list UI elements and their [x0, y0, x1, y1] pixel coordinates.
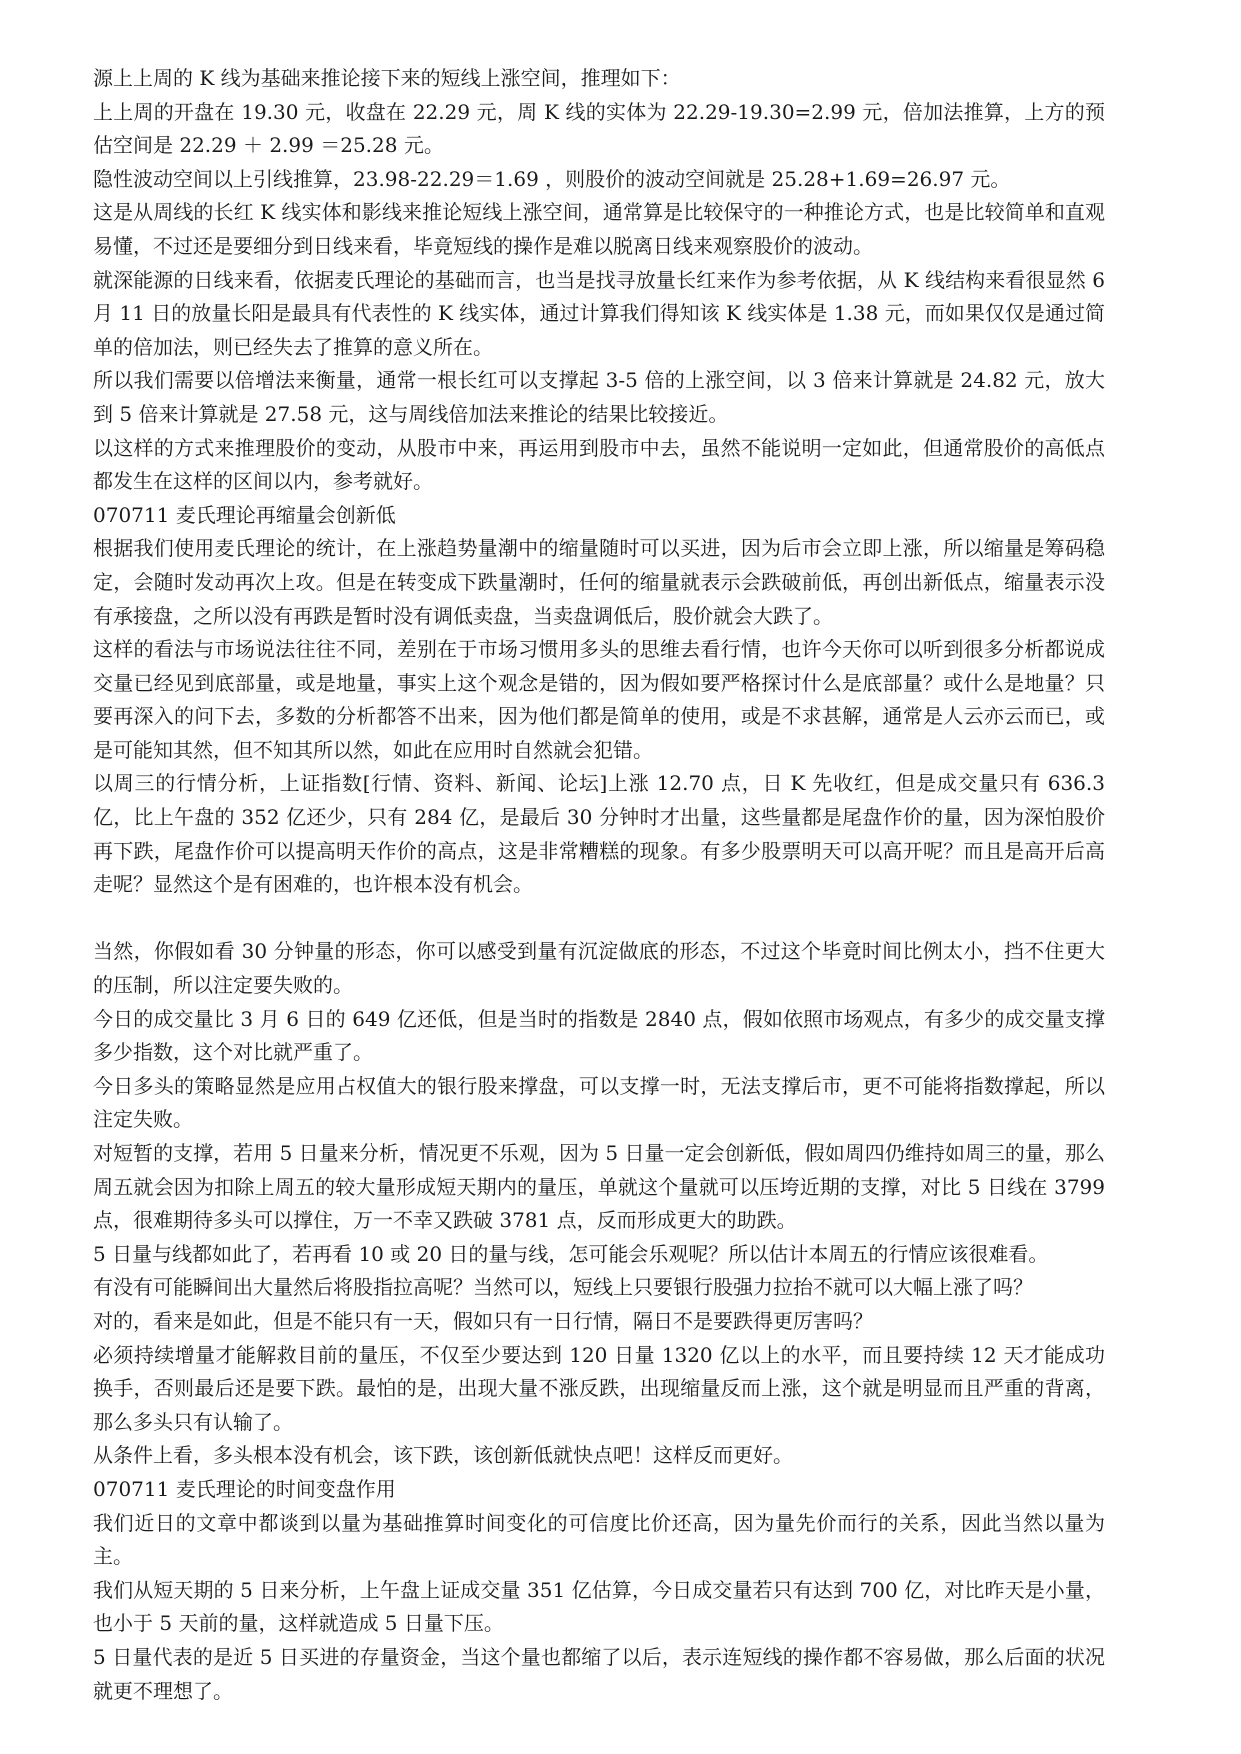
section-heading: 070711 麦氏理论的时间变盘作用	[93, 1473, 1105, 1507]
paragraph: 上上周的开盘在 19.30 元，收盘在 22.29 元，周 K 线的实体为 22…	[93, 96, 1105, 163]
paragraph: 根据我们使用麦氏理论的统计，在上涨趋势量潮中的缩量随时可以买进，因为后市会立即上…	[93, 532, 1105, 633]
paragraph: 这是从周线的长红 K 线实体和影线来推论短线上涨空间，通常算是比较保守的一种推论…	[93, 196, 1105, 263]
paragraph: 隐性波动空间以上引线推算，23.98-22.29＝1.69 ，则股价的波动空间就…	[93, 163, 1105, 197]
paragraph: 我们从短天期的 5 日来分析，上午盘上证成交量 351 亿估算，今日成交量若只有…	[93, 1574, 1105, 1641]
paragraph: 所以我们需要以倍增法来衡量，通常一根长红可以支撑起 3-5 倍的上涨空间，以 3…	[93, 364, 1105, 431]
paragraph: 这样的看法与市场说法往往不同，差别在于市场习惯用多头的思维去看行情，也许今天你可…	[93, 633, 1105, 767]
paragraph: 5 日量与线都如此了，若再看 10 或 20 日的量与线，怎可能会乐观呢？所以估…	[93, 1238, 1105, 1272]
document-page: 源上上周的 K 线为基础来推论接下来的短线上涨空间，推理如下： 上上周的开盘在 …	[93, 62, 1105, 1708]
paragraph: 今日多头的策略显然是应用占权值大的银行股来撑盘，可以支撑一时，无法支撑后市，更不…	[93, 1070, 1105, 1137]
section-heading: 070711 麦氏理论再缩量会创新低	[93, 499, 1105, 533]
paragraph: 从条件上看，多头根本没有机会，该下跌，该创新低就快点吧！这样反而更好。	[93, 1439, 1105, 1473]
paragraph: 今日的成交量比 3 月 6 日的 649 亿还低，但是当时的指数是 2840 点…	[93, 1003, 1105, 1070]
paragraph: 对短暂的支撑，若用 5 日量来分析，情况更不乐观，因为 5 日量一定会创新低，假…	[93, 1137, 1105, 1238]
paragraph: 必须持续增量才能解救目前的量压，不仅至少要达到 120 日量 1320 亿以上的…	[93, 1339, 1105, 1440]
paragraph: 我们近日的文章中都谈到以量为基础推算时间变化的可信度比价还高，因为量先价而行的关…	[93, 1507, 1105, 1574]
paragraph: 当然，你假如看 30 分钟量的形态，你可以感受到量有沉淀做底的形态，不过这个毕竟…	[93, 935, 1105, 1002]
paragraph: 以周三的行情分析，上证指数[行情、资料、新闻、论坛]上涨 12.70 点，日 K…	[93, 767, 1105, 901]
blank-line	[93, 902, 1105, 936]
paragraph: 5 日量代表的是近 5 日买进的存量资金，当这个量也都缩了以后，表示连短线的操作…	[93, 1641, 1105, 1708]
paragraph: 对的，看来是如此，但是不能只有一天，假如只有一日行情，隔日不是要跌得更厉害吗？	[93, 1305, 1105, 1339]
paragraph: 就深能源的日线来看，依据麦氏理论的基础而言，也当是找寻放量长红来作为参考依据，从…	[93, 264, 1105, 365]
paragraph: 以这样的方式来推理股价的变动，从股市中来，再运用到股市中去，虽然不能说明一定如此…	[93, 432, 1105, 499]
paragraph: 源上上周的 K 线为基础来推论接下来的短线上涨空间，推理如下：	[93, 62, 1105, 96]
paragraph: 有没有可能瞬间出大量然后将股指拉高呢？当然可以，短线上只要银行股强力拉抬不就可以…	[93, 1271, 1105, 1305]
